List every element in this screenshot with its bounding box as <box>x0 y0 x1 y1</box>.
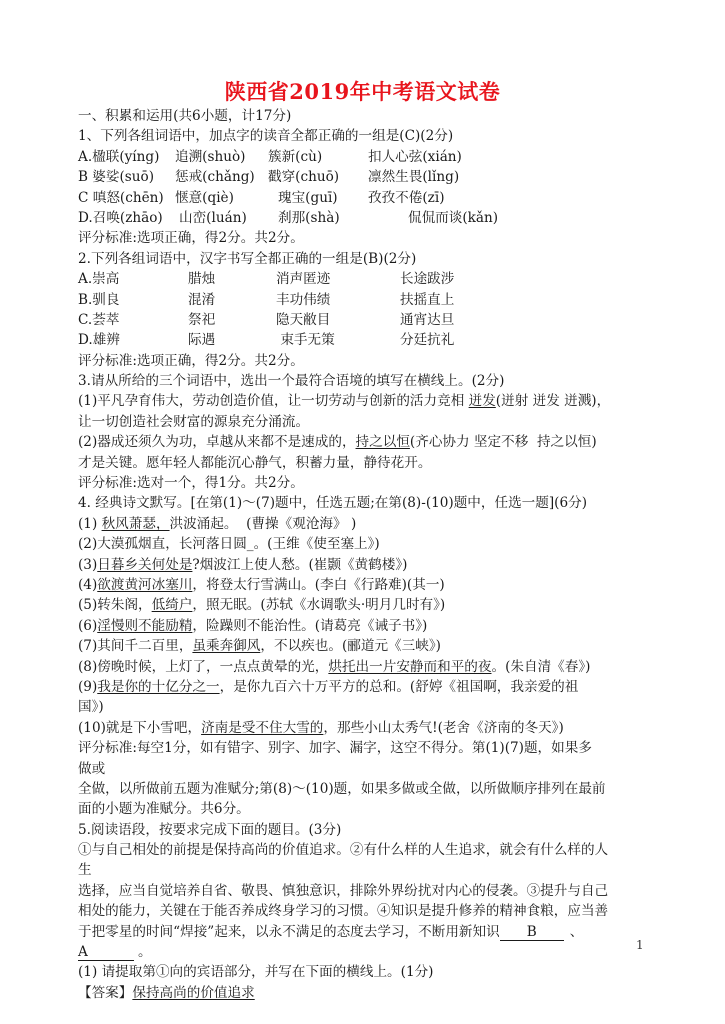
text: (1) <box>78 516 102 532</box>
section-heading: 一、积累和运用(共6小题，计17分) <box>78 106 658 126</box>
text: (3) <box>78 557 97 573</box>
text: 于把零星的时间“焊接”起来，以永不满足的态度去学习，不断用新知识 <box>78 924 500 940</box>
filled-answer: 日暮乡关何处是 <box>97 557 192 573</box>
option-cell: 长途跋涉 <box>400 269 658 289</box>
text: ?烟波江上使人愁。(崔颢《黄鹤楼》) <box>192 557 407 573</box>
q4-item: (2)大漠孤烟直，长河落日圆_。(王维《使至塞上》) <box>78 534 658 554</box>
text: (迸射 迸发 迸溅)， <box>496 393 610 409</box>
option-cell: A.崇高 <box>78 269 188 289</box>
answer-label: 【答案】 <box>78 985 132 1001</box>
q1-option-c: C 嗔怒(chēn) 惬意(qiè) 瑰宝(guī) 孜孜不倦(zī) <box>78 188 658 208</box>
text: ，不以疾也。(郦道元《三峡》) <box>260 638 441 654</box>
option-cell: 侃侃而谈(kǎn) <box>368 208 658 228</box>
option-cell: 凛然生畏(lǐng) <box>368 167 658 187</box>
option-cell: 丰功伟绩 <box>276 290 400 310</box>
filled-answer: 秋风萧瑟， <box>102 516 170 532</box>
filled-answer: 虽乘奔御风 <box>192 638 260 654</box>
text: (5)转朱阁， <box>78 597 152 613</box>
q3-item-2: (2)器成还须久为功，卓越从来都不是速成的，持之以恒(齐心协力 坚定不移 持之以… <box>78 432 658 452</box>
text: 国》) <box>78 699 104 715</box>
q4-item: (3)日暮乡关何处是?烟波江上使人愁。(崔颢《黄鹤楼》) <box>78 555 658 575</box>
option-cell: 簇新(cù) <box>268 147 368 167</box>
text: 洪波涌起。 (曹操《观沧海》 ) <box>170 516 357 532</box>
blank-b: B <box>500 924 564 941</box>
q3-stem: 3.请从所给的三个词语中，选出一个最符合语境的填写在横线上。(2分) <box>78 371 658 391</box>
option-cell: 混淆 <box>188 290 276 310</box>
option-cell: 惬意(qiè) <box>175 188 268 208</box>
filled-answer: 持之以恒 <box>356 434 410 450</box>
q4-item: (4)欲渡黄河冰塞川，将登太行雪满山。(李白《行路难)(其一) <box>78 575 658 595</box>
q5-stem: 5.阅读语段，按要求完成下面的题目。(3分) <box>78 820 658 840</box>
option-cell: 山峦(luán) <box>175 208 268 228</box>
option-cell: 瑰宝(guī) <box>268 188 368 208</box>
q1-option-b: B 婆娑(suō) 惩戒(chǎng) 戳穿(chuō) 凛然生畏(lǐng) <box>78 167 658 187</box>
text: 。(朱自清《春》) <box>491 659 590 675</box>
text: (齐心协力 坚定不移 持之以恒) <box>410 434 597 450</box>
option-cell: 孜孜不倦(zī) <box>368 188 658 208</box>
option-cell: B 婆娑(suō) <box>78 167 175 187</box>
filled-answer: 烘托出一片安静而和平的夜 <box>328 659 491 675</box>
q2-option-d: D.雄辨 际遇 束手无策 分廷抗礼 <box>78 330 658 350</box>
option-cell: D.雄辨 <box>78 330 188 350</box>
text: ，险躁则不能治性。(请葛亮《诫子书》) <box>192 618 427 634</box>
option-cell: 扣人心弦(xián) <box>368 147 658 167</box>
filled-answer: 我是你的十亿分之一 <box>97 679 219 695</box>
option-cell: 腊烛 <box>188 269 276 289</box>
q1-stem: 1、下列各组词语中，加点字的读音全都正确的一组是(C)(2分) <box>78 126 658 146</box>
q1-option-d: D.召唤(zhāo) 山峦(luán) 刹那(shà) 侃侃而谈(kǎn) <box>78 208 658 228</box>
q4-item: (1) 秋风萧瑟，洪波涌起。 (曹操《观沧海》 ) <box>78 514 658 534</box>
text: (2)大漠孤烟直，长河落日圆_。(王维《使至塞上》) <box>78 536 380 552</box>
filled-answer: 迸发 <box>469 393 496 409</box>
option-cell: D.召唤(zhāo) <box>78 208 175 228</box>
text: 。 <box>134 944 152 960</box>
q5-passage: 相处的能力，关键在于能否养成终身学习的习惯。④知识是提升修养的精神食粮，应当善 <box>78 901 658 921</box>
q4-item: (9)我是你的十亿分之一，是你九百六十万平方的总和。(舒婷《祖国啊，我亲爱的祖 <box>78 677 658 697</box>
option-cell: C.荟萃 <box>78 310 188 330</box>
option-cell: 通宵达旦 <box>400 310 658 330</box>
q2-stem: 2.下列各组词语中，汉字书写全都正确的一组是(B)(2分) <box>78 249 658 269</box>
text: (4) <box>78 577 97 593</box>
q5-passage: 选择，应当自觉培养自省、敬畏、慎独意识，排除外界纷扰对内心的侵袭。③提升与自己 <box>78 881 658 901</box>
q5-passage: 于把零星的时间“焊接”起来，以永不满足的态度去学习，不断用新知识B、 <box>78 922 658 942</box>
option-cell: 分廷抗礼 <box>400 330 658 350</box>
q5-answer: 【答案】保持高尚的价值追求 <box>78 983 658 1003</box>
q4-scoring: 做或 <box>78 759 658 779</box>
q2-option-a: A.崇高 腊烛 消声匿迹 长途跋涉 <box>78 269 658 289</box>
option-cell: 隐天敝目 <box>276 310 400 330</box>
option-cell: 祭祀 <box>188 310 276 330</box>
q4-stem: 4. 经典诗文默写。[在第(1)～(7)题中，任选五题;在第(8)-(10)题中… <box>78 493 658 513</box>
q2-option-b: B.驯良 混淆 丰功伟绩 扶摇直上 <box>78 290 658 310</box>
option-cell: C 嗔怒(chēn) <box>78 188 175 208</box>
text: (6) <box>78 618 97 634</box>
q4-scoring: 全做，以所做前五题为准赋分;第(8)～(10)题，如果多做或全做，以所做顺序排列… <box>78 779 658 799</box>
blank-a: A <box>78 944 134 961</box>
option-cell: B.驯良 <box>78 290 188 310</box>
text: (2)器成还须久为功，卓越从来都不是速成的， <box>78 434 356 450</box>
q3-item-2-cont: 才是关键。愿年轻人都能沉心静气，积蓄力量，静待花开。 <box>78 453 658 473</box>
q4-scoring: 评分标准:每空1分，如有错字、别字、加字、漏字，这空不得分。第(1)(7)题，如… <box>78 738 658 758</box>
q2-option-c: C.荟萃 祭祀 隐天敝目 通宵达旦 <box>78 310 658 330</box>
exam-page: 陕西省2019年中考语文试卷 一、积累和运用(共6小题，计17分) 1、下列各组… <box>0 0 725 1024</box>
filled-answer: 欲渡黄河冰塞川 <box>97 577 192 593</box>
q4-item: (7)其间千二百里，虽乘奔御风，不以疾也。(郦道元《三峡》) <box>78 636 658 656</box>
q3-item-1-cont: 让一切创造社会财富的源泉充分涌流。 <box>78 412 658 432</box>
text: (10)就是下小雪吧， <box>78 720 201 736</box>
q4-scoring: 面的小题为准赋分。共6分。 <box>78 799 658 819</box>
text: (9) <box>78 679 97 695</box>
q4-item: 国》) <box>78 697 658 717</box>
option-cell: 束手无策 <box>276 330 400 350</box>
answer-text: 保持高尚的价值追求 <box>132 985 254 1001</box>
text: 、 <box>564 924 584 940</box>
text: ，是你九百六十万平方的总和。(舒婷《祖国啊，我亲爱的祖 <box>220 679 579 695</box>
option-cell: 惩戒(chǎng) <box>175 167 268 187</box>
q3-item-1: (1)平凡孕育伟大，劳动创造价值，让一切劳动与创新的活力竞相 迸发(迸射 迸发 … <box>78 391 658 411</box>
q1-option-a: A.楹联(yíng) 追溯(shuò) 簇新(cù) 扣人心弦(xián) <box>78 147 658 167</box>
text: (8)傍晚时候，上灯了，一点点黄晕的光， <box>78 659 328 675</box>
filled-answer: 济南是受不住大雪的 <box>201 720 323 736</box>
option-cell: 消声匿迹 <box>276 269 400 289</box>
q4-item: (8)傍晚时候，上灯了，一点点黄晕的光，烘托出一片安静而和平的夜。(朱自清《春》… <box>78 657 658 677</box>
text: (1)平凡孕育伟大，劳动创造价值，让一切劳动与创新的活力竞相 <box>78 393 469 409</box>
text: ，那些小山太秀气!(老舍《济南的冬天》) <box>323 720 563 736</box>
q2-scoring: 评分标准:选项正确，得2分。共2分。 <box>78 351 658 371</box>
q4-item: (5)转朱阁，低绮户，照无眠。(苏轼《水调歌头·明月几时有》) <box>78 595 658 615</box>
option-cell: A.楹联(yíng) <box>78 147 175 167</box>
text: ，将登太行雪满山。(李白《行路难)(其一) <box>192 577 444 593</box>
q3-scoring: 评分标准:选对一个，得1分。共2分。 <box>78 473 658 493</box>
q4-item: (6)淫慢则不能励精，险躁则不能治性。(请葛亮《诫子书》) <box>78 616 658 636</box>
text: (7)其间千二百里， <box>78 638 192 654</box>
option-cell: 扶摇直上 <box>400 290 658 310</box>
filled-answer: 低绮户 <box>152 597 193 613</box>
page-title: 陕西省2019年中考语文试卷 <box>0 78 725 106</box>
option-cell: 追溯(shuò) <box>175 147 268 167</box>
q4-item: (10)就是下小雪吧，济南是受不住大雪的，那些小山太秀气!(老舍《济南的冬天》) <box>78 718 658 738</box>
option-cell: 戳穿(chuō) <box>268 167 368 187</box>
document-body: 一、积累和运用(共6小题，计17分) 1、下列各组词语中，加点字的读音全都正确的… <box>78 106 658 1003</box>
page-number: 1 <box>636 938 644 952</box>
text: ，照无眠。(苏轼《水调歌头·明月几时有》) <box>192 597 445 613</box>
filled-answer: 淫慢则不能励精 <box>97 618 192 634</box>
q1-scoring: 评分标准:选项正确，得2分。共2分。 <box>78 228 658 248</box>
q5-passage: ①与自己相处的前提是保持高尚的价值追求。②有什么样的人生追求，就会有什么样的人 <box>78 840 658 860</box>
q5-passage: A。 <box>78 942 658 962</box>
q5-passage: 生 <box>78 860 658 880</box>
option-cell: 际遇 <box>188 330 276 350</box>
option-cell: 刹那(shà) <box>268 208 368 228</box>
q5-sub-question-1: (1) 请提取第①向的宾语部分，并写在下面的横线上。(1分) <box>78 962 658 982</box>
